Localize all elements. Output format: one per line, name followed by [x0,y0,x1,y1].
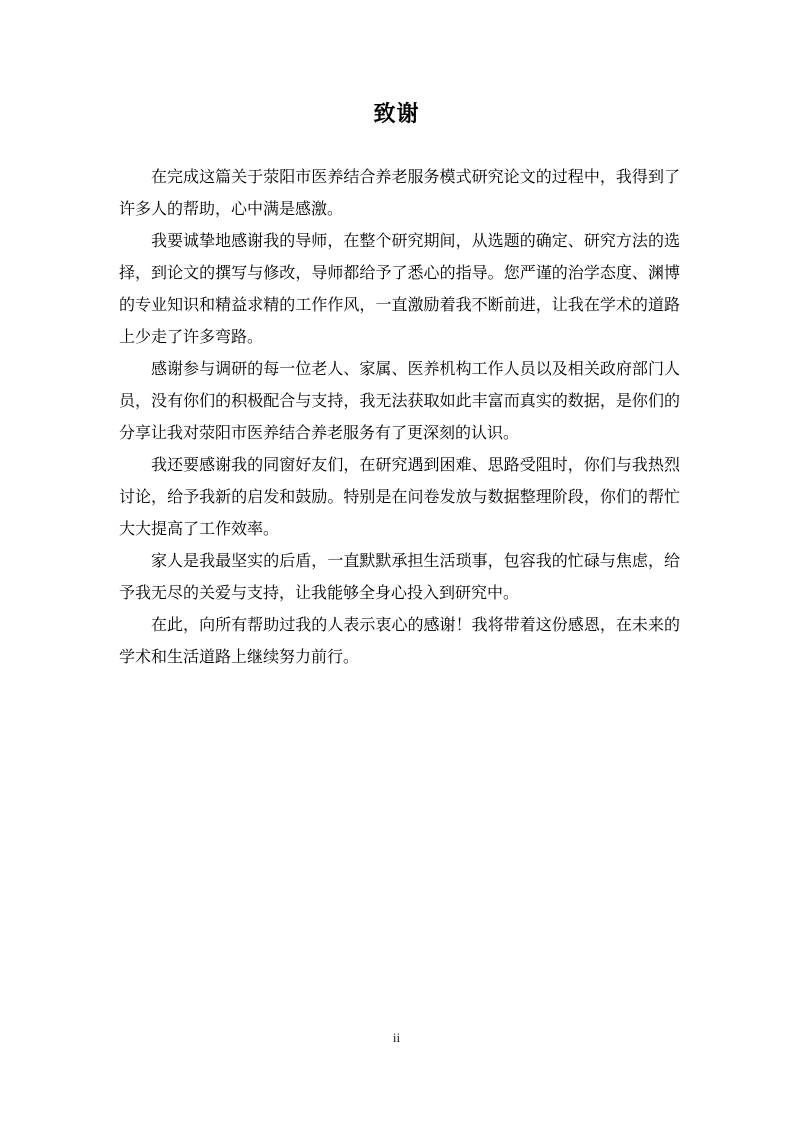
paragraph-participants-thanks: 感谢参与调研的每一位老人、家属、医养机构工作人员以及相关政府部门人员，没有你们的… [119,354,680,450]
page-title: 致谢 [0,0,793,130]
document-page: 致谢 在完成这篇关于荥阳市医养结合养老服务模式研究论文的过程中，我得到了许多人的… [0,0,793,1122]
document-body: 在完成这篇关于荥阳市医养结合养老服务模式研究论文的过程中，我得到了许多人的帮助，… [119,162,680,674]
page-number: ii [0,1030,793,1046]
paragraph-closing: 在此，向所有帮助过我的人表示衷心的感谢！我将带着这份感恩，在未来的学术和生活道路… [119,610,680,674]
paragraph-classmates-thanks: 我还要感谢我的同窗好友们，在研究遇到困难、思路受阻时，你们与我热烈讨论，给予我新… [119,450,680,546]
paragraph-intro: 在完成这篇关于荥阳市医养结合养老服务模式研究论文的过程中，我得到了许多人的帮助，… [119,162,680,226]
paragraph-advisor-thanks: 我要诚挚地感谢我的导师，在整个研究期间，从选题的确定、研究方法的选择，到论文的撰… [119,226,680,354]
paragraph-family-thanks: 家人是我最坚实的后盾，一直默默承担生活琐事，包容我的忙碌与焦虑，给予我无尽的关爱… [119,546,680,610]
